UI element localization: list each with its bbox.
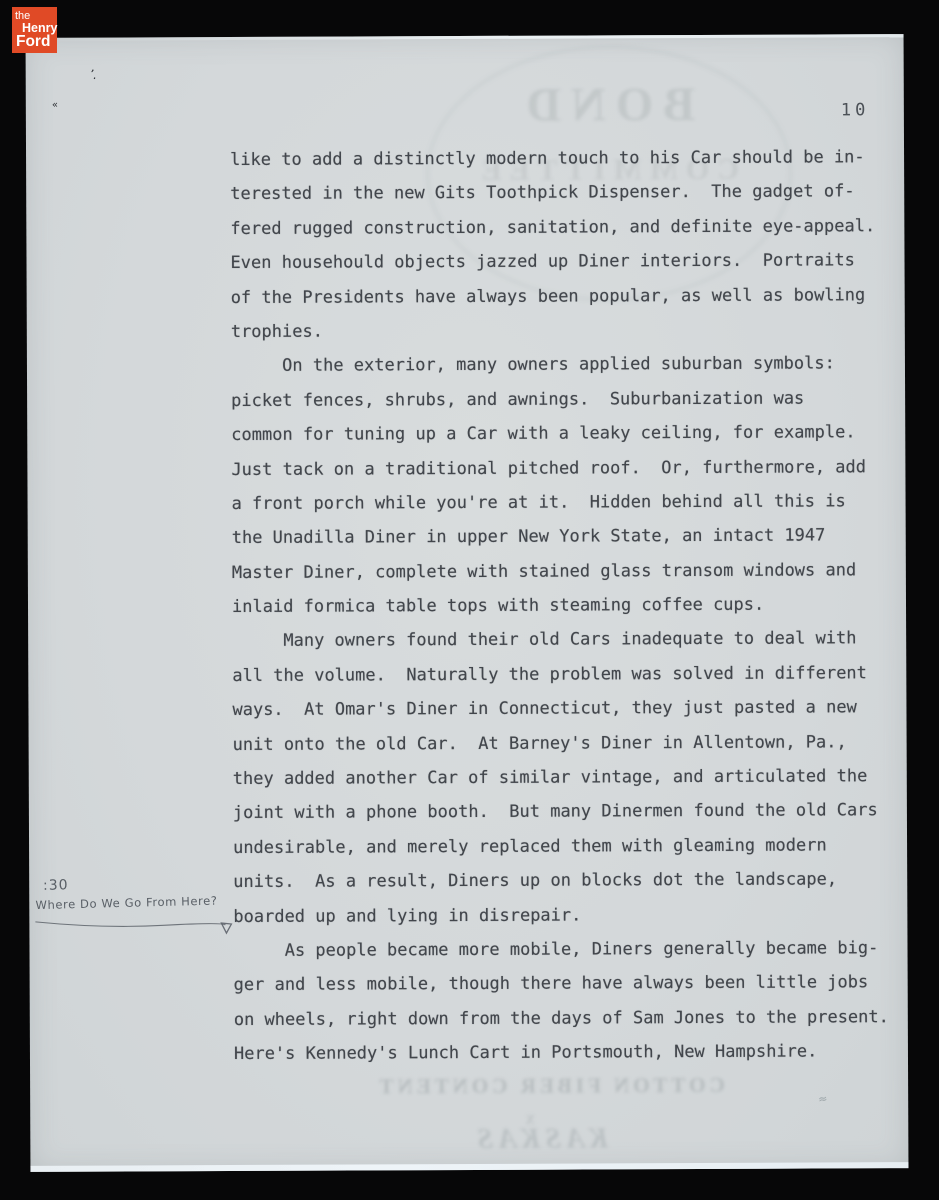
bleed-text-cotton-fiber: COTTON FIBER CONTENT xyxy=(350,1073,750,1100)
text-line: they added another Car of similar vintag… xyxy=(233,759,913,796)
text-line-content: joint with a phone booth. But many Diner… xyxy=(233,801,878,824)
text-line: the Unadilla Diner in upper New York Sta… xyxy=(232,518,912,555)
text-line: on wheels, right down from the days of S… xyxy=(234,1000,914,1037)
text-line: a front porch while you're at it. Hidden… xyxy=(231,484,911,521)
text-line-content: boarded up and lying in disrepair. xyxy=(233,905,581,927)
margin-annotation: :30 Where Do We Go From Here? xyxy=(35,873,251,912)
text-line-content: fered rugged construction, sanitation, a… xyxy=(230,216,875,239)
text-line: boarded up and lying in disrepair. xyxy=(233,897,913,934)
text-line-content: Even househould objects jazzed up Diner … xyxy=(230,250,854,273)
text-line-content: like to add a distinctly modern touch to… xyxy=(230,147,865,170)
bleed-text-bond: BOND xyxy=(456,77,756,133)
text-line-content: picket fences, shrubs, and awnings. Subu… xyxy=(231,388,804,411)
text-line: Even househould objects jazzed up Diner … xyxy=(230,243,910,280)
text-line-content: As people became more mobile, Diners gen… xyxy=(233,938,878,961)
scan-background: the Henry Ford BOND COMMITTEE 10 like to… xyxy=(0,0,939,1200)
text-line: ways. At Omar's Diner in Connecticut, th… xyxy=(232,690,912,727)
text-line: like to add a distinctly modern touch to… xyxy=(230,140,910,177)
bleed-text-x: x xyxy=(470,1107,590,1129)
ink-speck: « xyxy=(52,100,58,111)
text-line-content: inlaid formica table tops with steaming … xyxy=(232,595,764,617)
page-number: 10 xyxy=(841,100,870,120)
text-line-content: terested in the new Gits Toothpick Dispe… xyxy=(230,182,854,205)
ink-speck: ’. xyxy=(88,67,99,82)
text-line: fered rugged construction, sanitation, a… xyxy=(230,209,910,246)
text-line: joint with a phone booth. But many Diner… xyxy=(233,793,913,830)
text-line: of the Presidents have always been popul… xyxy=(231,278,911,315)
text-line: trophies. xyxy=(231,312,911,349)
text-line-content: Here's Kennedy's Lunch Cart in Portsmout… xyxy=(234,1042,817,1065)
text-line-content: common for tuning up a Car with a leaky … xyxy=(231,422,855,445)
text-line: common for tuning up a Car with a leaky … xyxy=(231,415,911,452)
text-line-content: undesirable, and merely replaced them wi… xyxy=(233,835,827,858)
typed-text-block: like to add a distinctly modern touch to… xyxy=(230,140,914,1072)
text-line-content: ways. At Omar's Diner in Connecticut, th… xyxy=(232,698,856,721)
annotation-question: Where Do We Go From Here? xyxy=(35,893,250,912)
text-line: unit onto the old Car. At Barney's Diner… xyxy=(233,725,913,762)
text-line: picket fences, shrubs, and awnings. Subu… xyxy=(231,381,911,418)
text-line: Here's Kennedy's Lunch Cart in Portsmout… xyxy=(234,1034,914,1071)
text-line: Master Diner, complete with stained glas… xyxy=(232,553,912,590)
text-line-content: Just tack on a traditional pitched roof.… xyxy=(231,457,866,480)
text-line-content: the Unadilla Diner in upper New York Sta… xyxy=(232,526,826,549)
document-page: BOND COMMITTEE 10 like to add a distinct… xyxy=(26,34,909,1172)
text-line-content: Master Diner, complete with stained glas… xyxy=(232,560,856,583)
bleed-text-brand: KASKAS xyxy=(390,1123,690,1156)
text-line-content: of the Presidents have always been popul… xyxy=(231,285,866,308)
text-line: On the exterior, many owners applied sub… xyxy=(231,346,911,383)
text-line: ger and less mobile, though there have a… xyxy=(234,965,914,1002)
text-line-content: unit onto the old Car. At Barney's Diner… xyxy=(233,732,847,755)
logo-ford-label: Ford xyxy=(16,34,50,50)
text-line: Just tack on a traditional pitched roof.… xyxy=(231,450,911,487)
henry-ford-logo: the Henry Ford xyxy=(12,7,57,53)
text-line-content: a front porch while you're at it. Hidden… xyxy=(232,491,846,514)
text-line-content: Many owners found their old Cars inadequ… xyxy=(232,629,856,652)
annotation-time: :30 xyxy=(43,873,250,894)
text-line-content: trophies. xyxy=(231,322,323,342)
text-line: undesirable, and merely replaced them wi… xyxy=(233,828,913,865)
text-line: inlaid formica table tops with steaming … xyxy=(232,587,912,624)
text-line: all the volume. Naturally the problem wa… xyxy=(232,656,912,693)
pencil-mark: ≈ xyxy=(817,1092,828,1106)
paper-bottom-edge xyxy=(30,1162,908,1172)
text-line-content: units. As a result, Diners up on blocks … xyxy=(233,870,837,893)
text-line-content: on wheels, right down from the days of S… xyxy=(234,1007,889,1030)
text-line-content: ger and less mobile, though there have a… xyxy=(234,973,869,996)
annotation-underline-arrow-icon xyxy=(33,915,238,938)
text-line: Many owners found their old Cars inadequ… xyxy=(232,622,912,659)
text-line-content: all the volume. Naturally the problem wa… xyxy=(232,663,867,686)
text-line: units. As a result, Diners up on blocks … xyxy=(233,862,913,899)
text-line: As people became more mobile, Diners gen… xyxy=(233,931,913,968)
text-line: terested in the new Gits Toothpick Dispe… xyxy=(230,174,910,211)
text-line-content: they added another Car of similar vintag… xyxy=(233,766,868,789)
text-line-content: On the exterior, many owners applied sub… xyxy=(231,354,835,377)
paper-top-edge xyxy=(26,34,904,41)
